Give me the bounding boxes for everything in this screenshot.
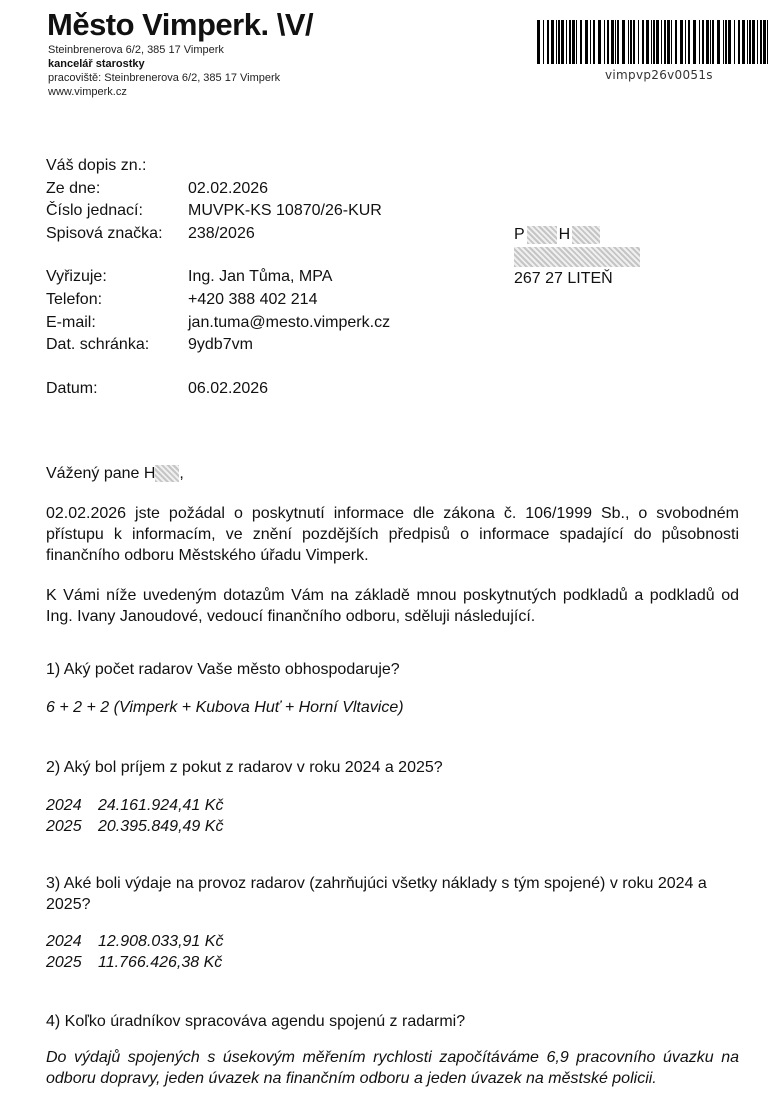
meta-value: 02.02.2026 xyxy=(188,178,268,201)
meta-row: Číslo jednací:MUVPK-KS 10870/26-KUR xyxy=(46,200,390,223)
question-1: 1) Aký počet radarov Vaše město obhospod… xyxy=(46,659,739,680)
meta-label: Dat. schránka: xyxy=(46,334,188,357)
question-4: 4) Koľko úradníkov spracováva agendu spo… xyxy=(46,1011,739,1032)
meta-row: Telefon:+420 388 402 214 xyxy=(46,289,390,312)
meta-label: Vyřizuje: xyxy=(46,266,188,289)
meta-value: MUVPK-KS 10870/26-KUR xyxy=(188,200,382,223)
question-3: 3) Aké boli výdaje na provoz radarov (za… xyxy=(46,873,739,915)
answer-1: 6 + 2 + 2 (Vimperk + Kubova Huť + Horní … xyxy=(46,697,739,718)
city-logo: Město Vimperk. \V/ xyxy=(47,8,313,42)
reference-block: Váš dopis zn.:Ze dne:02.02.2026Číslo jed… xyxy=(46,155,390,400)
contact-rows: Vyřizuje:Ing. Jan Tůma, MPATelefon:+420 … xyxy=(46,266,390,356)
meta-label: Spisová značka: xyxy=(46,223,188,246)
amount-year: 2024 xyxy=(46,931,98,952)
sender-website: www.vimperk.cz xyxy=(48,85,127,99)
sender-workplace: pracoviště: Steinbrenerova 6/2, 385 17 V… xyxy=(48,71,280,85)
recipient-address: PH 267 27 LITEŇ xyxy=(514,224,640,290)
meta-row: E-mail:jan.tuma@mesto.vimperk.cz xyxy=(46,312,390,335)
amount-row: 202424.161.924,41 Kč xyxy=(46,795,739,816)
date-value: 06.02.2026 xyxy=(188,378,268,401)
redacted-block xyxy=(572,226,600,244)
date-row: Datum: 06.02.2026 xyxy=(46,378,390,401)
meta-value: 238/2026 xyxy=(188,223,255,246)
meta-row: Vyřizuje:Ing. Jan Tůma, MPA xyxy=(46,266,390,289)
meta-label: Váš dopis zn.: xyxy=(46,155,188,178)
meta-value: jan.tuma@mesto.vimperk.cz xyxy=(188,312,390,335)
meta-row: Váš dopis zn.: xyxy=(46,155,390,178)
reference-rows: Váš dopis zn.:Ze dne:02.02.2026Číslo jed… xyxy=(46,155,390,245)
answer-3: 202412.908.033,91 Kč202511.766.426,38 Kč xyxy=(46,931,739,973)
answer-4: Do výdajů spojených s úsekovým měřením r… xyxy=(46,1047,739,1089)
date-label: Datum: xyxy=(46,378,188,401)
meta-value: 9ydb7vm xyxy=(188,334,253,357)
amount-value: 20.395.849,49 Kč xyxy=(98,816,223,837)
meta-label: Ze dne: xyxy=(46,178,188,201)
amount-year: 2025 xyxy=(46,816,98,837)
amount-value: 12.908.033,91 Kč xyxy=(98,931,223,952)
paragraph-request: 02.02.2026 jste požádal o poskytnutí inf… xyxy=(46,503,739,566)
redacted-block xyxy=(514,247,640,267)
redacted-block xyxy=(155,465,179,482)
amount-value: 24.161.924,41 Kč xyxy=(98,795,223,816)
amount-year: 2025 xyxy=(46,952,98,973)
amount-row: 202520.395.849,49 Kč xyxy=(46,816,739,837)
amount-value: 11.766.426,38 Kč xyxy=(98,952,222,973)
meta-row: Spisová značka:238/2026 xyxy=(46,223,390,246)
sender-address: Steinbrenerova 6/2, 385 17 Vimperk xyxy=(48,43,224,57)
barcode-text: vimpvp26v0051s xyxy=(605,68,713,82)
amount-year: 2024 xyxy=(46,795,98,816)
barcode-icon xyxy=(537,20,771,64)
meta-value: +420 388 402 214 xyxy=(188,289,317,312)
meta-label: E-mail: xyxy=(46,312,188,335)
meta-label: Telefon: xyxy=(46,289,188,312)
recipient-street xyxy=(514,246,640,268)
amount-row: 202511.766.426,38 Kč xyxy=(46,952,739,973)
question-2: 2) Aký bol príjem z pokut z radarov v ro… xyxy=(46,757,739,778)
meta-row: Ze dne:02.02.2026 xyxy=(46,178,390,201)
meta-label: Číslo jednací: xyxy=(46,200,188,223)
answer-2: 202424.161.924,41 Kč202520.395.849,49 Kč xyxy=(46,795,739,837)
logo-text: Město Vimperk. xyxy=(47,7,269,42)
salutation: Vážený pane H, xyxy=(46,463,739,484)
meta-value: Ing. Jan Tůma, MPA xyxy=(188,266,332,289)
meta-row: Dat. schránka:9ydb7vm xyxy=(46,334,390,357)
logo-mark-icon: \V/ xyxy=(277,7,313,42)
redacted-block xyxy=(527,226,557,244)
sender-office: kancelář starostky xyxy=(48,57,145,71)
recipient-city: 267 27 LITEŇ xyxy=(514,268,640,290)
paragraph-intro: K Vámi níže uvedeným dotazům Vám na zákl… xyxy=(46,585,739,627)
recipient-name: PH xyxy=(514,224,640,246)
amount-row: 202412.908.033,91 Kč xyxy=(46,931,739,952)
